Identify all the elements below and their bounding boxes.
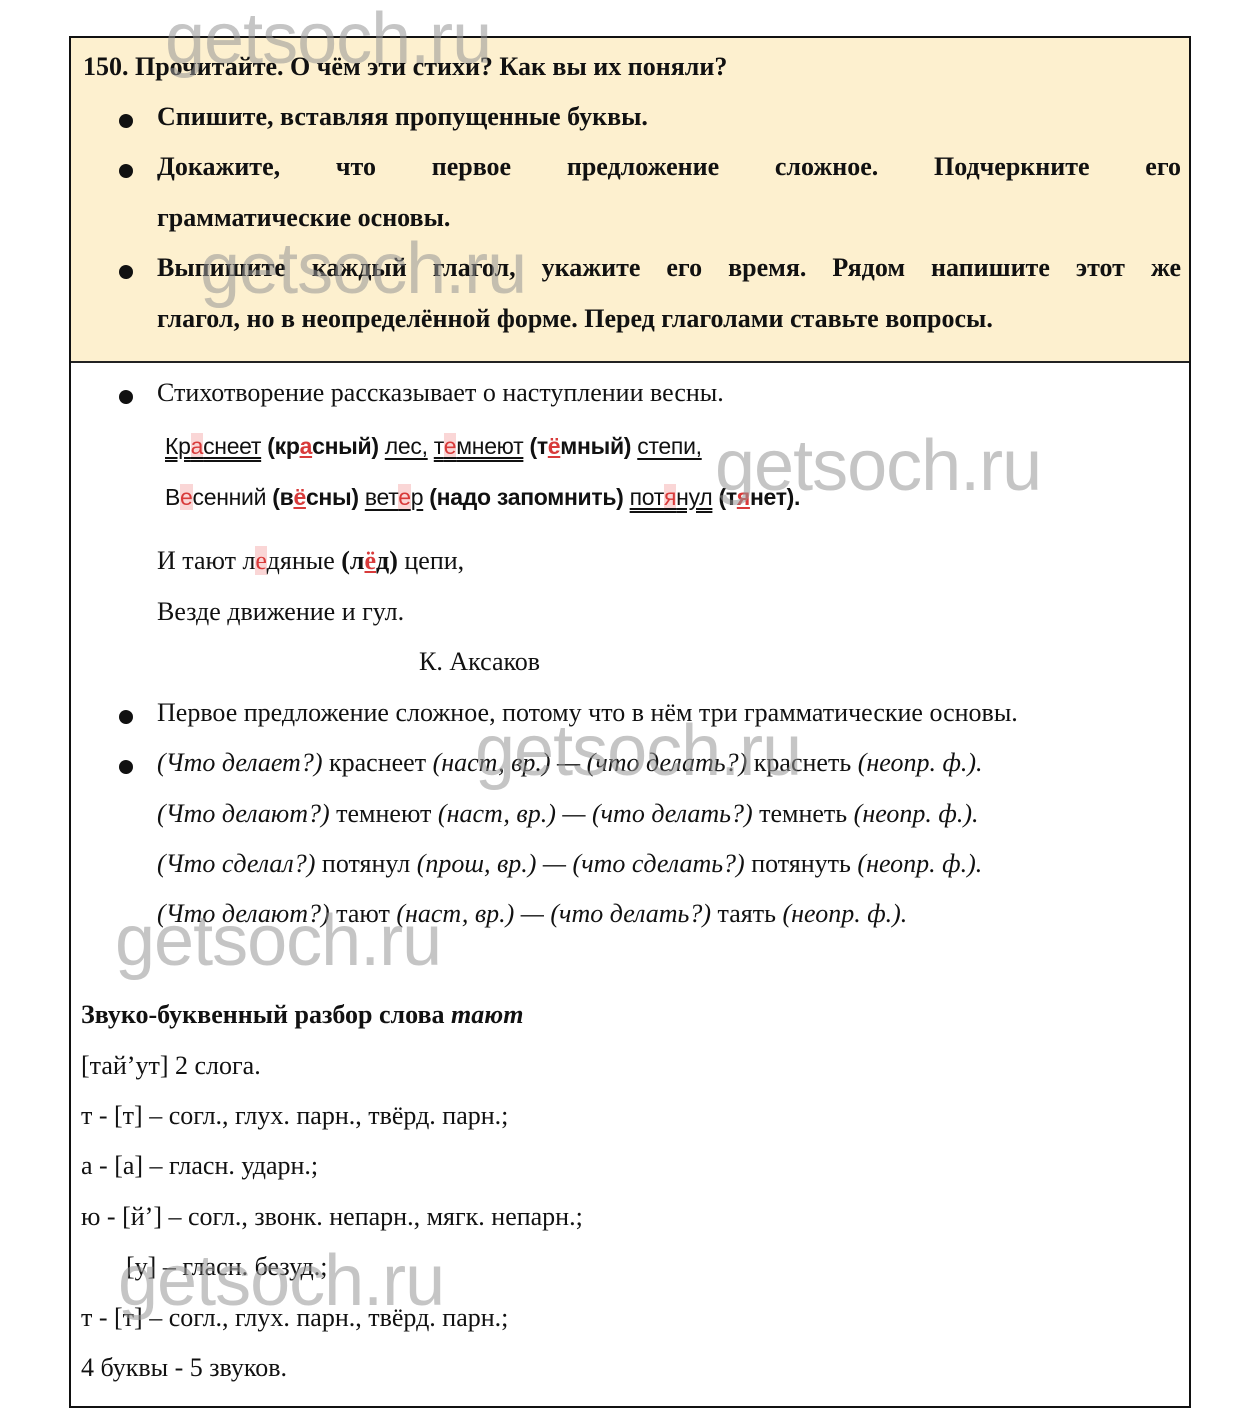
task-item-2-line-1: Докажите, что первое предложение сложное… (157, 152, 1181, 182)
task-item-2-line-2: грамматические основы. (157, 203, 1181, 233)
poem-line-4: Везде движение и гул. (157, 597, 404, 627)
verb-line-4: (Что делают?) тают (наст, вр.) — (что де… (157, 899, 907, 929)
bullet-icon (119, 164, 133, 178)
answer-complex-sentence: Первое предложение сложное, потому что в… (157, 698, 1018, 728)
bullet-icon (119, 390, 133, 404)
analysis-line: [тай’ут] 2 слога. (81, 1051, 261, 1081)
analysis-line: ю - [й’] – согл., звонк. непарн., мягк. … (81, 1202, 583, 1232)
task-title: 150. Прочитайте. О чём эти стихи? Как вы… (83, 52, 727, 82)
poem-line-1: Краснеет (красный) лес, темнеют (тёмный)… (165, 433, 702, 460)
task-item-3-line-2: глагол, но в неопределённой форме. Перед… (157, 304, 1181, 334)
verb-line-2: (Что делают?) темнеют (наст, вр.) — (что… (157, 799, 979, 829)
analysis-line: 4 буквы - 5 звуков. (81, 1353, 287, 1383)
answer-theme: Стихотворение рассказывает о наступлении… (157, 378, 724, 408)
task-box: 150. Прочитайте. О чём эти стихи? Как вы… (71, 38, 1189, 363)
analysis-line: а - [а] – гласн. ударн.; (81, 1151, 318, 1181)
analysis-line: т - [т] – согл., глух. парн., твёрд. пар… (81, 1303, 508, 1333)
document-frame: 150. Прочитайте. О чём эти стихи? Как вы… (69, 36, 1191, 1408)
analysis-heading: Звуко-буквенный разбор слова тают (81, 1000, 523, 1030)
analysis-line: т - [т] – согл., глух. парн., твёрд. пар… (81, 1101, 508, 1131)
verb-line-3: (Что сделал?) потянул (прош, вр.) — (что… (157, 849, 982, 879)
task-item-1: Спишите, вставляя пропущенные буквы. (157, 102, 1181, 132)
poem-line-3: И тают ледяные (лёд) цепи, (157, 546, 464, 576)
poem-author: К. Аксаков (419, 647, 540, 677)
bullet-icon (119, 265, 133, 279)
verb-line-1: (Что делает?) краснеет (наст, вр.) — (чт… (157, 748, 983, 778)
task-item-3-line-1: Выпишите каждый глагол, укажите его врем… (157, 253, 1181, 283)
bullet-icon (119, 114, 133, 128)
poem-line-2: Весенний (вёсны) ветер (надо запомнить) … (165, 484, 800, 511)
bullet-icon (119, 760, 133, 774)
analysis-line: [у] – гласн. безуд.; (126, 1252, 327, 1282)
bullet-icon (119, 710, 133, 724)
